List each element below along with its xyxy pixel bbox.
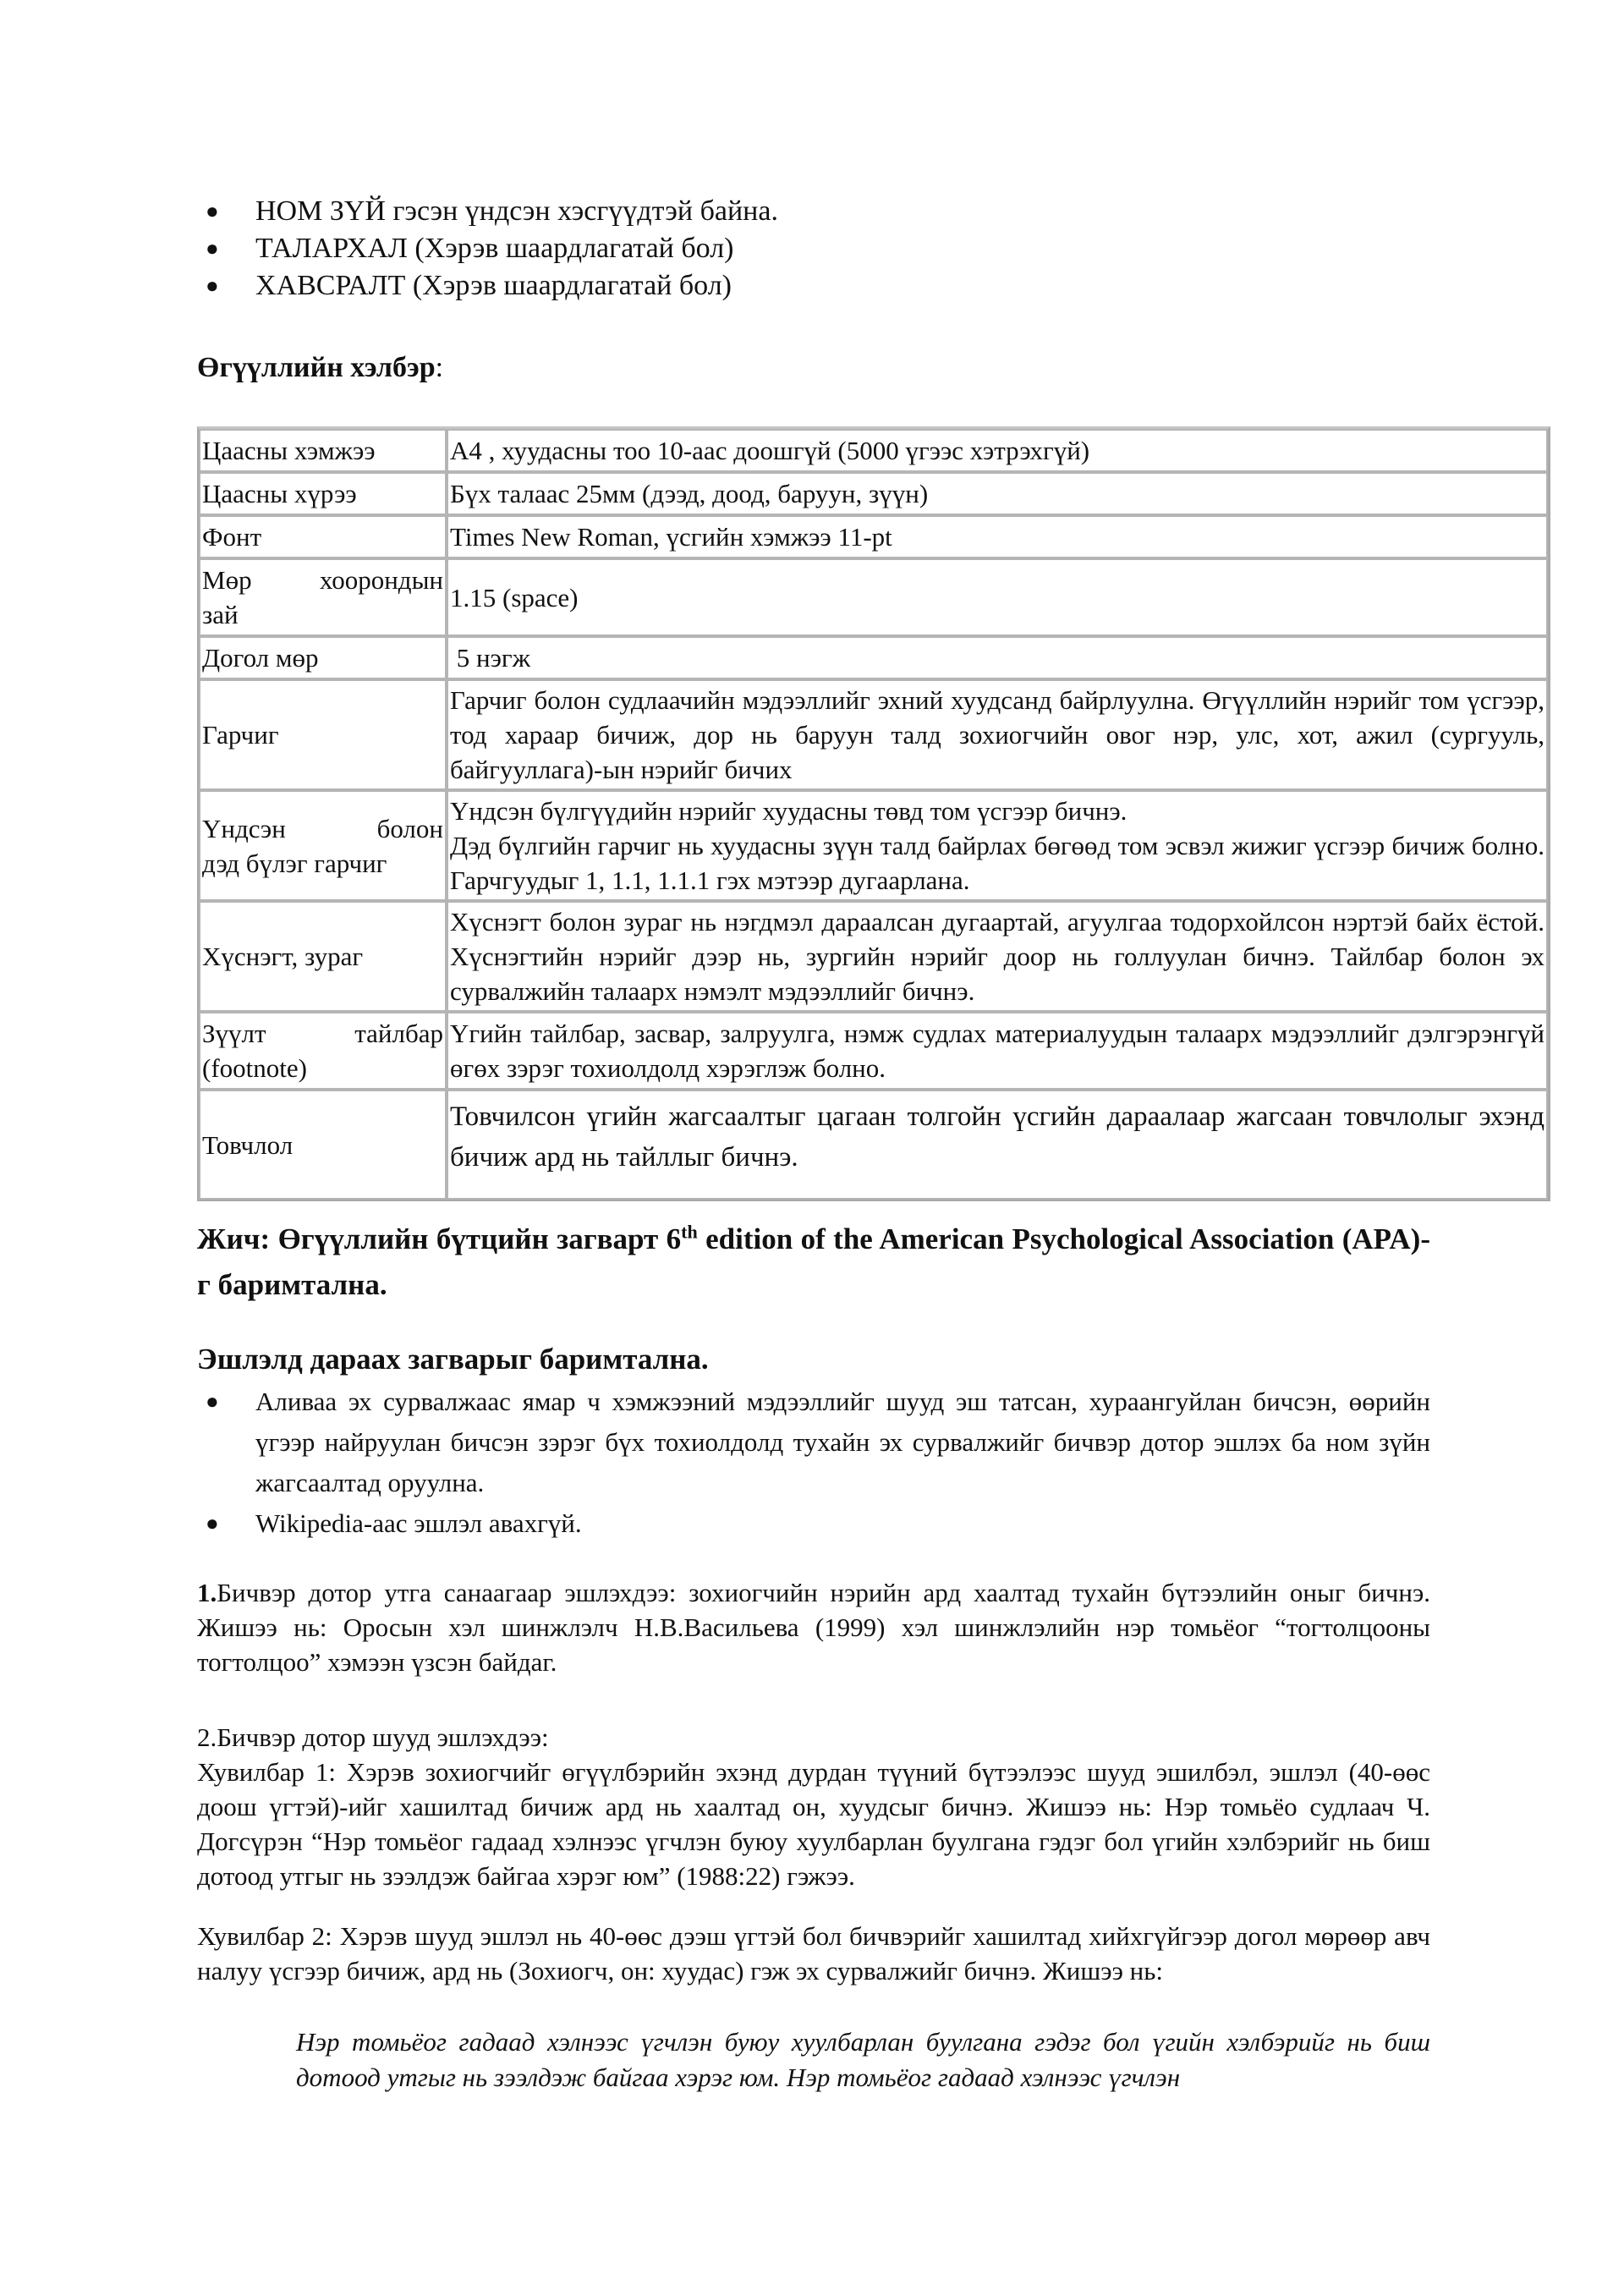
paragraph-title: 2.Бичвэр дотор шууд эшлэхдээ: xyxy=(197,1720,1430,1755)
table-row: Цаасны хэмжээ A4 , хуудасны тоо 10-аас д… xyxy=(199,429,1548,472)
label-line: (footnote) xyxy=(202,1051,443,1085)
paragraph-number: 1. xyxy=(197,1578,217,1607)
table-cell-label: Цаасны хүрээ xyxy=(199,472,447,515)
apa-note: Жич: Өгүүллийн бүтцийн загварт 6th editi… xyxy=(197,1217,1430,1308)
label-line: Үндсэн болон xyxy=(202,811,443,846)
table-cell-value: Times New Roman, үсгийн хэмжээ 11-pt xyxy=(447,515,1548,558)
table-cell-label: Зүүлт тайлбар (footnote) xyxy=(199,1012,447,1090)
label-line: дэд бүлэг гарчиг xyxy=(202,846,443,881)
citation-heading: Эшлэлд дараах загварыг баримтална. xyxy=(197,1341,709,1378)
table-cell-label: Хүснэгт, зураг xyxy=(199,901,447,1012)
table-cell-value: Үндсэн бүлгүүдийн нэрийг хуудасны төвд т… xyxy=(447,790,1548,901)
citation-rules-list: ●Аливаа эх сурвалжаас ямар ч хэмжээний м… xyxy=(197,1381,1430,1544)
table-cell-value: Бүх талаас 25мм (дээд, доод, баруун, зүү… xyxy=(447,472,1548,515)
table-row: Товчлол Товчилсон үгийн жагсаалтыг цагаа… xyxy=(199,1090,1548,1200)
variant-2-paragraph: Хувилбар 2: Хэрэв шууд эшлэл нь 40-өөс д… xyxy=(197,1919,1430,1988)
table-cell-value: 1.15 (space) xyxy=(447,558,1548,636)
table-row: Догол мөр 5 нэгж xyxy=(199,636,1548,679)
paragraph-text: Бичвэр дотор утга санаагаар эшлэхдээ: зо… xyxy=(197,1578,1430,1677)
direct-citation-paragraph: 2.Бичвэр дотор шууд эшлэхдээ: Хувилбар 1… xyxy=(197,1720,1430,1893)
value-line: Дэд бүлгийн гарчиг нь хуудасны зүүн талд… xyxy=(450,828,1544,898)
table-cell-label: Фонт xyxy=(199,515,447,558)
list-item: ●Wikipedia-аас эшлэл авахгүй. xyxy=(197,1503,1430,1544)
table-row: Гарчиг Гарчиг болон судлаачийн мэдээллий… xyxy=(199,679,1548,790)
table-cell-value: Товчилсон үгийн жагсаалтыг цагаан толгой… xyxy=(447,1090,1548,1200)
table-cell-value: Үгийн тайлбар, засвар, залруулга, нэмж с… xyxy=(447,1012,1548,1090)
format-heading-colon: : xyxy=(436,352,443,383)
format-heading-text: Өгүүллийн хэлбэр xyxy=(197,352,436,383)
table-cell-label: Цаасны хэмжээ xyxy=(199,429,447,472)
list-item-text: НОМ ЗҮЙ гэсэн үндсэн хэсгүүдтэй байна. xyxy=(255,195,778,227)
block-quote: Нэр томьёог гадаад хэлнээс үгчлэн буюу х… xyxy=(296,2024,1430,2096)
list-item-text: Wikipedia-аас эшлэл авахгүй. xyxy=(255,1508,582,1538)
document-page: ●НОМ ЗҮЙ гэсэн үндсэн хэсгүүдтэй байна. … xyxy=(0,0,1624,2296)
bullet-icon: ● xyxy=(206,230,219,267)
list-item-text: ТАЛАРХАЛ (Хэрэв шаардлагатай бол) xyxy=(255,233,734,264)
table-row: Фонт Times New Roman, үсгийн хэмжээ 11-p… xyxy=(199,515,1548,558)
list-item: ●ХАВСРАЛТ (Хэрэв шаардлагатай бол) xyxy=(197,267,778,305)
bullet-icon: ● xyxy=(206,193,219,230)
list-item: ●НОМ ЗҮЙ гэсэн үндсэн хэсгүүдтэй байна. xyxy=(197,193,778,230)
format-heading: Өгүүллийн хэлбэр: xyxy=(197,349,443,387)
table-cell-value: Гарчиг болон судлаачийн мэдээллийг эхний… xyxy=(447,679,1548,790)
table-cell-label: Мөр хоорондын зай xyxy=(199,558,447,636)
label-line: зай xyxy=(202,597,443,632)
note-text: Жич: Өгүүллийн бүтцийн загварт 6 xyxy=(197,1222,681,1255)
bullet-icon: ● xyxy=(206,1381,219,1422)
table-cell-label: Үндсэн болон дэд бүлэг гарчиг xyxy=(199,790,447,901)
table-cell-value: Хүснэгт болон зураг нь нэгдмэл дараалсан… xyxy=(447,901,1548,1012)
table-cell-label: Товчлол xyxy=(199,1090,447,1200)
table-row: Зүүлт тайлбар (footnote) Үгийн тайлбар, … xyxy=(199,1012,1548,1090)
table-cell-value: A4 , хуудасны тоо 10-аас доошгүй (5000 ү… xyxy=(447,429,1548,472)
note-superscript: th xyxy=(681,1221,698,1242)
paragraph-text: Хувилбар 1: Хэрэв зохиогчийг өгүүлбэрийн… xyxy=(197,1755,1430,1893)
list-item: ●Аливаа эх сурвалжаас ямар ч хэмжээний м… xyxy=(197,1381,1430,1503)
label-line: Зүүлт тайлбар xyxy=(202,1016,443,1051)
table-cell-label: Догол мөр xyxy=(199,636,447,679)
section-list: ●НОМ ЗҮЙ гэсэн үндсэн хэсгүүдтэй байна. … xyxy=(197,193,778,305)
table-row: Хүснэгт, зураг Хүснэгт болон зураг нь нэ… xyxy=(199,901,1548,1012)
table-row: Цаасны хүрээ Бүх талаас 25мм (дээд, доод… xyxy=(199,472,1548,515)
table-row: Мөр хоорондын зай 1.15 (space) xyxy=(199,558,1548,636)
list-item: ●ТАЛАРХАЛ (Хэрэв шаардлагатай бол) xyxy=(197,230,778,267)
bullet-icon: ● xyxy=(206,267,219,305)
bullet-icon: ● xyxy=(206,1503,219,1544)
table-row: Үндсэн болон дэд бүлэг гарчиг Үндсэн бүл… xyxy=(199,790,1548,901)
label-line: Мөр хоорондын xyxy=(202,563,443,597)
format-table: Цаасны хэмжээ A4 , хуудасны тоо 10-аас д… xyxy=(197,426,1550,1201)
list-item-text: Аливаа эх сурвалжаас ямар ч хэмжээний мэ… xyxy=(255,1387,1430,1497)
paraphrase-citation-paragraph: 1.Бичвэр дотор утга санаагаар эшлэхдээ: … xyxy=(197,1575,1430,1679)
list-item-text: ХАВСРАЛТ (Хэрэв шаардлагатай бол) xyxy=(255,270,732,301)
value-line: Үндсэн бүлгүүдийн нэрийг хуудасны төвд т… xyxy=(450,794,1544,828)
table-cell-label: Гарчиг xyxy=(199,679,447,790)
table-cell-value: 5 нэгж xyxy=(447,636,1548,679)
